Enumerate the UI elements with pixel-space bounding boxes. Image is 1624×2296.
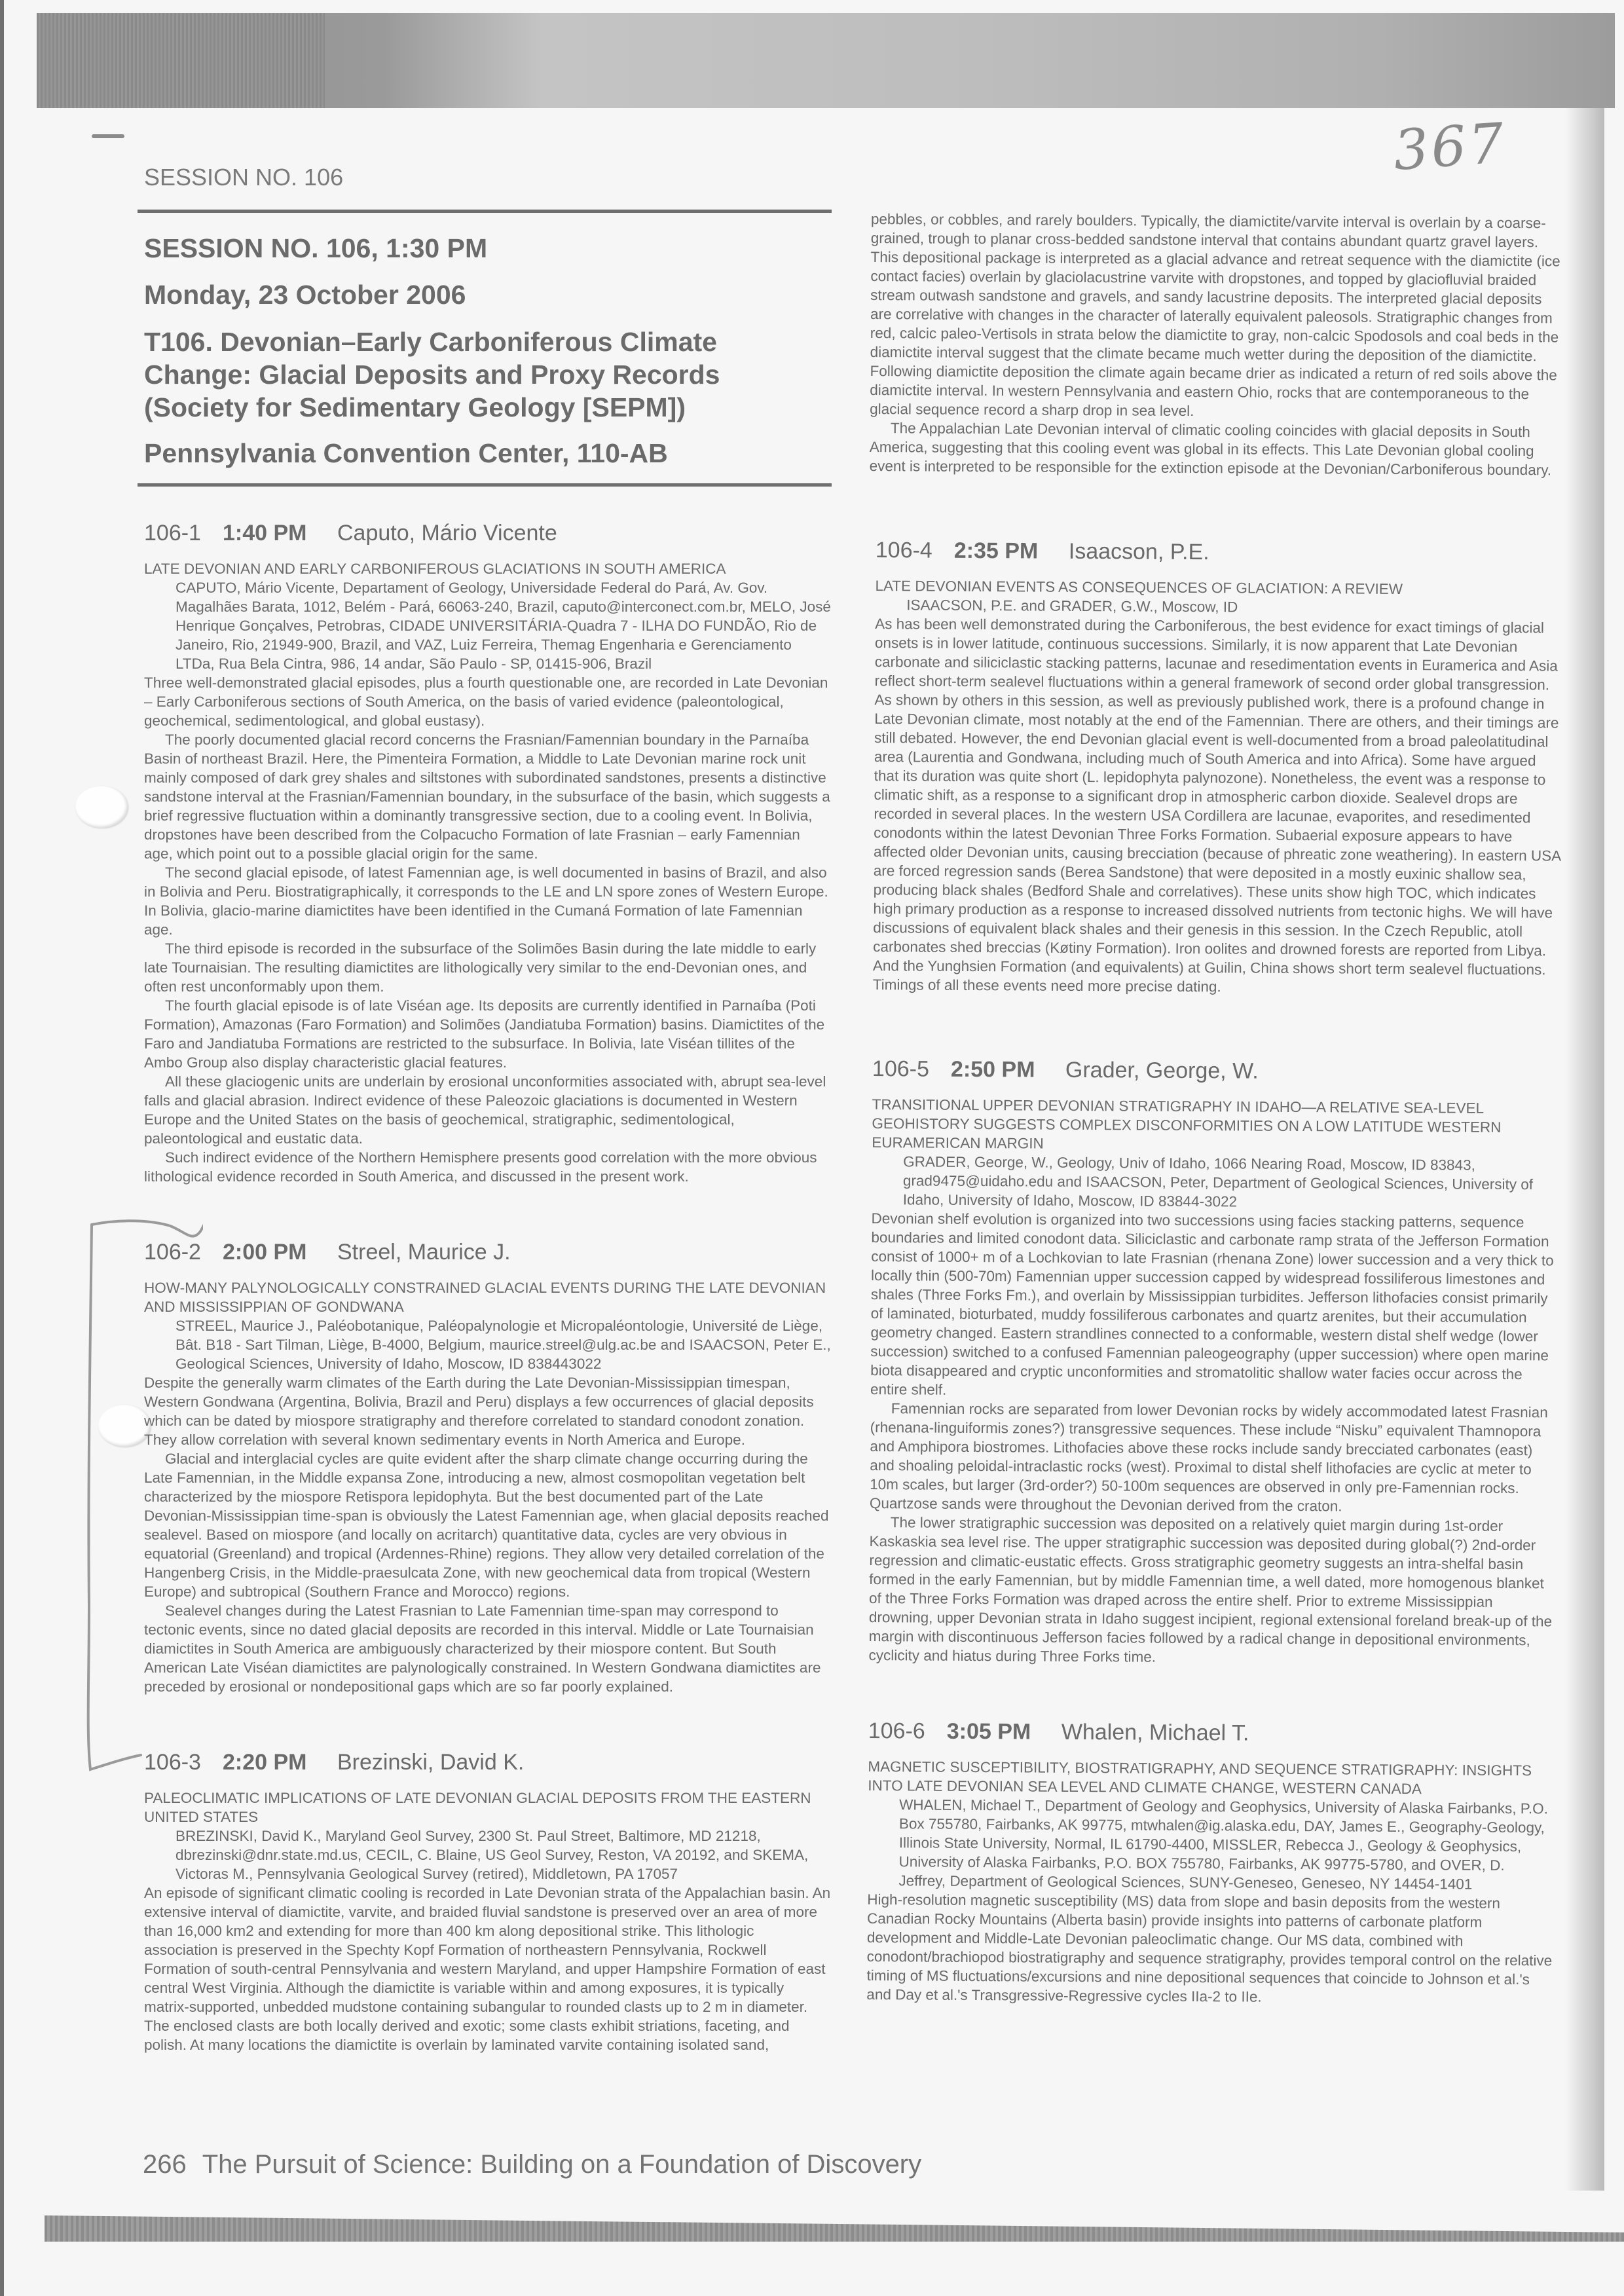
abstract-authors: CAPUTO, Mário Vicente, Departament of Ge…: [175, 578, 832, 673]
abstract-title: HOW-MANY PALYNOLOGICALLY CONSTRAINED GLA…: [144, 1278, 832, 1316]
paragraph: As has been well demonstrated during the…: [873, 614, 1563, 998]
session-date: Monday, 23 October 2006: [144, 279, 832, 311]
paragraph: The poorly documented glacial record con…: [144, 730, 832, 863]
abstract-authors: GRADER, George, W., Geology, Univ of Ida…: [903, 1152, 1560, 1213]
session-topic: T106. Devonian–Early Carboniferous Clima…: [144, 325, 832, 424]
paragraph: Devonian shelf evolution is organized in…: [870, 1209, 1559, 1403]
session-header: SESSION NO. 106, 1:30 PM Monday, 23 Octo…: [138, 213, 832, 469]
abstract-106-5: 106-52:50 PMGrader, George, W. TRANSITIO…: [868, 1056, 1560, 1669]
abstract-heading: 106-22:00 PMStreel, Maurice J.: [144, 1240, 832, 1265]
scan-artifact-top: [37, 13, 1615, 108]
abstract-authors: STREEL, Maurice J., Paléobotanique, Palé…: [175, 1316, 832, 1373]
abstract-106-1: 106-11:40 PMCaputo, Mário Vicente LATE D…: [144, 521, 832, 1186]
abstract-title: PALEOCLIMATIC IMPLICATIONS OF LATE DEVON…: [144, 1788, 832, 1826]
paragraph: Famennian rocks are separated from lower…: [870, 1399, 1558, 1517]
abstract-106-6: 106-63:05 PMWhalen, Michael T. MAGNETIC …: [866, 1718, 1556, 2008]
abstract-time: 1:40 PM: [223, 521, 337, 546]
scan-border-left: [0, 0, 4, 2296]
abstract-time: 2:20 PM: [223, 1750, 337, 1775]
abstract-presenter: Brezinski, David K.: [337, 1750, 524, 1775]
abstract-time: 2:00 PM: [223, 1240, 337, 1265]
abstract-106-2: 106-22:00 PMStreel, Maurice J. HOW-MANY …: [144, 1240, 832, 1696]
abstract-106-3: 106-32:20 PMBrezinski, David K. PALEOCLI…: [144, 1750, 832, 2054]
paragraph: The third episode is recorded in the sub…: [144, 939, 832, 996]
abstract-presenter: Streel, Maurice J.: [337, 1240, 511, 1265]
abstract-body: Despite the generally warm climates of t…: [144, 1373, 832, 1696]
paragraph: Sealevel changes during the Latest Frasn…: [144, 1601, 832, 1696]
abstract-authors: BREZINSKI, David K., Maryland Geol Surve…: [175, 1826, 832, 1883]
paragraph: High-resolution magnetic susceptibility …: [866, 1890, 1555, 2008]
abstract-body: As has been well demonstrated during the…: [873, 614, 1563, 998]
abstract-body: Three well-demonstrated glacial episodes…: [144, 673, 832, 1186]
paragraph: Despite the generally warm climates of t…: [144, 1373, 832, 1449]
abstract-title: TRANSITIONAL UPPER DEVONIAN STRATIGRAPHY…: [872, 1095, 1560, 1156]
abstract-title: LATE DEVONIAN AND EARLY CARBONIFEROUS GL…: [144, 559, 832, 578]
abstract-body: High-resolution magnetic susceptibility …: [866, 1890, 1555, 2008]
paragraph: The fourth glacial episode is of late Vi…: [144, 996, 832, 1072]
paragraph: All these glaciogenic units are underlai…: [144, 1072, 832, 1148]
abstract-106-3-continued: pebbles, or cobbles, and rarely boulders…: [870, 210, 1565, 479]
abstract-number: 106-6: [868, 1718, 947, 1745]
abstract-heading: 106-11:40 PMCaputo, Mário Vicente: [144, 521, 832, 546]
abstract-number: 106-5: [872, 1056, 951, 1083]
abstract-number: 106-3: [144, 1750, 223, 1775]
handwritten-page-number: 367: [1392, 111, 1509, 183]
right-column: pebbles, or cobbles, and rarely boulders…: [860, 210, 1565, 2008]
abstract-number: 106-1: [144, 521, 223, 546]
punch-hole: [75, 786, 128, 828]
abstract-presenter: Isaacson, P.E.: [1069, 539, 1209, 565]
page-number: 266: [143, 2150, 187, 2179]
paragraph: The Appalachian Late Devonian interval o…: [870, 418, 1564, 479]
page-edge-shadow: [1565, 108, 1604, 2191]
session-venue: Pennsylvania Convention Center, 110-AB: [144, 438, 832, 469]
paragraph: Glacial and interglacial cycles are quit…: [144, 1449, 832, 1601]
paragraph: Three well-demonstrated glacial episodes…: [144, 673, 832, 730]
abstract-body: Devonian shelf evolution is organized in…: [868, 1209, 1559, 1669]
abstract-heading: 106-42:35 PMIsaacson, P.E.: [876, 538, 1563, 567]
page-footer: 266The Pursuit of Science: Building on a…: [143, 2150, 921, 2179]
running-head: SESSION NO. 106: [144, 164, 343, 191]
abstract-presenter: Grader, George, W.: [1065, 1058, 1259, 1084]
paragraph: The lower stratigraphic succession was d…: [868, 1513, 1557, 1669]
abstract-authors: WHALEN, Michael T., Department of Geolog…: [898, 1795, 1555, 1894]
paragraph: pebbles, or cobbles, and rarely boulders…: [870, 210, 1565, 422]
abstract-body: An episode of significant climatic cooli…: [144, 1883, 832, 2054]
abstract-time: 2:35 PM: [954, 538, 1069, 565]
abstract-time: 2:50 PM: [951, 1057, 1065, 1083]
pencil-mark: [92, 134, 124, 138]
paragraph: An episode of significant climatic cooli…: [144, 1883, 832, 2054]
abstract-heading: 106-63:05 PMWhalen, Michael T.: [868, 1718, 1556, 1748]
abstract-presenter: Caputo, Mário Vicente: [337, 521, 557, 546]
abstract-number: 106-2: [144, 1240, 223, 1265]
abstract-heading: 106-52:50 PMGrader, George, W.: [872, 1056, 1560, 1086]
left-column: SESSION NO. 106, 1:30 PM Monday, 23 Octo…: [138, 210, 832, 2054]
abstract-106-4: 106-42:35 PMIsaacson, P.E. LATE DEVONIAN…: [873, 538, 1563, 998]
abstract-heading: 106-32:20 PMBrezinski, David K.: [144, 1750, 832, 1775]
abstract-number: 106-4: [876, 538, 954, 564]
footer-tagline: The Pursuit of Science: Building on a Fo…: [202, 2150, 921, 2179]
session-title: SESSION NO. 106, 1:30 PM: [144, 232, 832, 265]
abstract-title: MAGNETIC SUSCEPTIBILITY, BIOSTRATIGRAPHY…: [868, 1757, 1555, 1799]
scan-artifact-bottom: [45, 2215, 1624, 2242]
paragraph: Such indirect evidence of the Northern H…: [144, 1148, 832, 1186]
abstract-presenter: Whalen, Michael T.: [1061, 1720, 1249, 1746]
abstract-time: 3:05 PM: [947, 1719, 1061, 1745]
paragraph: The second glacial episode, of latest Fa…: [144, 863, 832, 939]
